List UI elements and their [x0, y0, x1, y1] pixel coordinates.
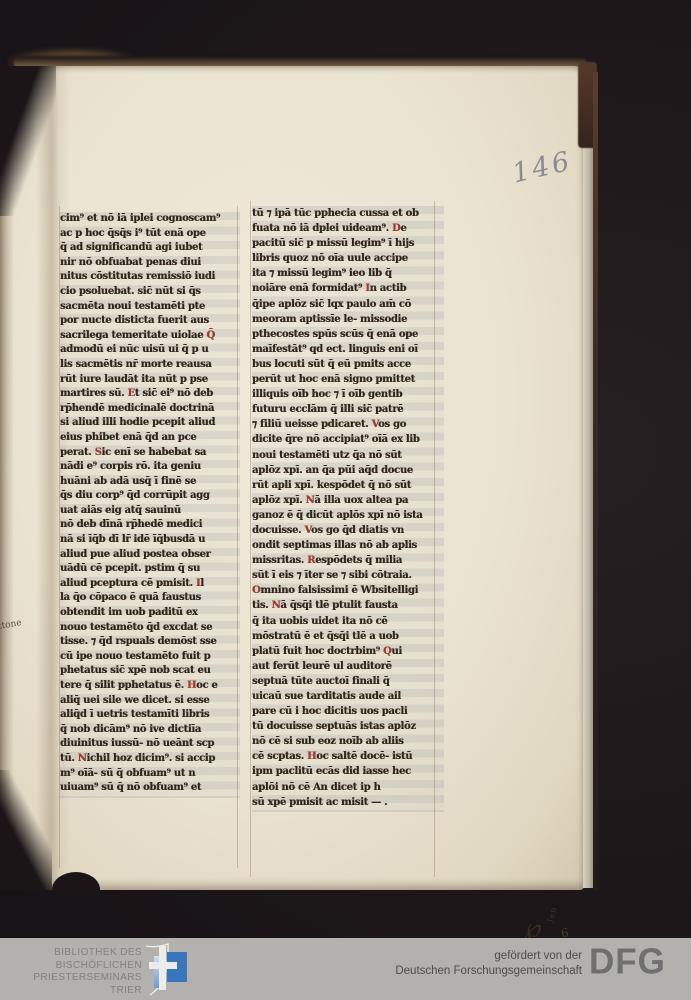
manuscript-line: cē scptas. Hoc saltē docē- istū	[252, 749, 444, 764]
manuscript-line: la q̄o cōpaco ē quā faustus	[60, 591, 240, 606]
funding-credit-line: gefördert von der	[340, 949, 582, 964]
manuscript-line: pare cū i hoc dicitis uos pacli	[252, 704, 444, 719]
manuscript-line: cio psoluebat. sic̄ nūt si q̄s	[60, 285, 240, 300]
library-credit-line: BIBLIOTHEK DES	[0, 947, 142, 960]
manuscript-line: maīfestāt⁹ qd ect. linguis eni oī	[252, 342, 444, 357]
manuscript-line: nitus cōstitutas remissiō iudi	[60, 270, 240, 285]
manuscript-line: aut ferūt leurē ul auditorē	[252, 659, 444, 674]
manuscript-line: futuru ecclām q̄ illi sic̄ patrē	[252, 402, 444, 417]
manuscript-line: mōstratū ē et q̄sq̄i tlē a uob	[252, 629, 444, 644]
manuscript-line: nā si īq̄b dī lr̄ idē īq̄busdā u	[60, 533, 240, 548]
text-column-left: cim⁹ et nō iā iplei cognoscam⁹ac p hoc q…	[60, 212, 240, 798]
manuscript-line: uat aiās eig atq̄ sauinū	[60, 504, 240, 519]
manuscript-line: sacrilega temeritate uiolae Q̄	[60, 329, 240, 344]
manuscript-line: tū. Nichil hoz dicim⁹. si accip	[60, 752, 240, 767]
dfg-logo: DFG	[589, 941, 666, 983]
manuscript-line: rūt iure laudāt ita nūt p pse	[60, 373, 240, 388]
manuscript-line: q̄ nob dicām⁹ nō ive dictiīa	[60, 723, 240, 738]
manuscript-line: noui testamēti utz q̄a nō sūt	[252, 448, 444, 463]
manuscript-line: septuā tūte auctoī finali q̄	[252, 674, 444, 689]
manuscript-line: cū ipe nouo testamēto fuit p	[60, 650, 240, 665]
ruling-line	[250, 201, 251, 877]
manuscript-line: nouo testamēto q̄d excdat se	[60, 621, 240, 636]
manuscript-line: q̄ ita uobis uidet ita nō cē	[252, 614, 444, 629]
corner-shadow-bottom-left	[0, 770, 52, 890]
manuscript-line: nō deb dīnā rp̄hedē medici	[60, 518, 240, 533]
manuscript-line: docuisse. Vos go q̄d diatis vn	[252, 523, 444, 538]
manuscript-line: uiuam⁹ sū q̄ nō obfuam⁹ et	[60, 781, 240, 796]
manuscript-line: diuinitus iussū- nō ueānt scp	[60, 737, 240, 752]
manuscript-line: aliud pue aliud postea obser	[60, 548, 240, 563]
manuscript-line: por nucte disticta fuerit aus	[60, 314, 240, 329]
manuscript-line: ac p hoc q̄sq̄s i⁹ tūt enā ope	[60, 227, 240, 242]
manuscript-line: q̄ipe aplōz sic̄ lqx paulo am̄ cō	[252, 297, 444, 312]
manuscript-line: ganoz ē q̄ dicūt aplōs xpī nō ista	[252, 508, 444, 523]
manuscript-line: meoram aptissīe le- missodie	[252, 312, 444, 327]
manuscript-line: tere q̄ silit pphetatus ē. Hoc e	[60, 679, 240, 694]
manuscript-line: ⁊ filiū ueisse pdicaret. Vos go	[252, 417, 444, 432]
manuscript-line: ita ⁊ missū legim⁹ ieo lib q̄	[252, 266, 444, 281]
manuscript-line: phetatus sic̄ xpē nob scat eu	[60, 664, 240, 679]
manuscript-line: rp̄hendē medicinalē doctrinā	[60, 402, 240, 417]
manuscript-line: lis sacmētis nr̄ morte reausa	[60, 358, 240, 373]
library-shield-logo-icon	[142, 940, 194, 998]
manuscript-line: aliq̄ uei sile we dicet. si esse	[60, 694, 240, 709]
library-credit-line: PRIESTERSEMINARS TRIER	[0, 972, 142, 997]
manuscript-line: illiquis oīb hoc ⁊ ī oīb gentib	[252, 387, 444, 402]
manuscript-line: cim⁹ et nō iā iplei cognoscam⁹	[60, 212, 240, 227]
manuscript-line: bus locuti sūt q̄ eū pmits acce	[252, 357, 444, 372]
manuscript-line: sū xpē pmisit ac misit — .	[252, 795, 444, 810]
manuscript-line: tū docuisse septuās istas aplōz	[252, 719, 444, 734]
book-cover-edge	[593, 72, 598, 890]
manuscript-line: nir nō obfuabat penas diui	[60, 256, 240, 271]
manuscript-line: eius phibet enā q̄d an pce	[60, 431, 240, 446]
manuscript-line: Omnino falsissimi ē Wbsitelligi	[252, 583, 444, 598]
manuscript-line: aliud pceptura cē pmisit. Il	[60, 577, 240, 592]
manuscript-line: aplōz xpī. Nā illa uox altea pa	[252, 493, 444, 508]
folio-number: 146	[509, 146, 575, 190]
manuscript-line: si aliud illi hodie pcepit aliud	[60, 416, 240, 431]
photo-area: 146 cim⁹ et nō iā iplei cognoscam⁹ac p h…	[0, 0, 691, 938]
manuscript-line: rūt apli xpī. kespōdet q̄ nō sūt	[252, 478, 444, 493]
corner-ink-small-mark: Jen	[546, 906, 559, 924]
library-credit: BIBLIOTHEK DES BISCHÖFLICHEN PRIESTERSEM…	[0, 947, 142, 997]
footer-band: BIBLIOTHEK DES BISCHÖFLICHEN PRIESTERSEM…	[0, 938, 691, 1000]
manuscript-line: aplōi nō cē An dicet ip h	[252, 780, 444, 795]
text-column-right: tū ⁊ ipā tūc pphecia cussa et obfuata nō…	[252, 206, 444, 812]
manuscript-line: uicaū sue tarditatis aude ail	[252, 689, 444, 704]
manuscript-line: aliq̄d ī uetris testamīti libris	[60, 708, 240, 723]
manuscript-line: sūt ī eis ⁊ īter se ⁊ sibi cōtraia.	[252, 568, 444, 583]
manuscript-line: nādi e⁹ corpis rō. ita geniu	[60, 460, 240, 475]
manuscript-line: huāni ab adā usq̄ ī finē se	[60, 475, 240, 490]
manuscript-line: fuata nō iā dplei uideam⁹. De	[252, 221, 444, 236]
manuscript-line: aplōz xpī. an q̄a pūi aq̄d docue	[252, 463, 444, 478]
corner-shadow-top-left	[0, 66, 56, 216]
manuscript-line: pacitū sic̄ p missū legim⁹ ī hijs	[252, 236, 444, 251]
manuscript-line: q̄ ad significandū agi iubet	[60, 241, 240, 256]
manuscript-line: m⁹ oīā- sū q̄ obfuam⁹ ut n	[60, 767, 240, 782]
manuscript-line: pthecostes spūs scūs q̄ enā ope	[252, 327, 444, 342]
manuscript-line: ipm paclitū ecās did iasse hec	[252, 764, 444, 779]
manuscript-line: sacmēta noui testamēti pte	[60, 300, 240, 315]
manuscript-line: libris quoz nō oīa uule accipe	[252, 251, 444, 266]
manuscript-line: martires sū. Et sic̄ ei⁹ nō deb	[60, 387, 240, 402]
funding-credit: gefördert von der Deutschen Forschungsge…	[340, 949, 582, 978]
manuscript-line: admodū ei nūc uisū ui q̄ p u	[60, 343, 240, 358]
library-credit-line: BISCHÖFLICHEN	[0, 960, 142, 973]
manuscript-line: perat. Sic enī se habebat sa	[60, 446, 240, 461]
manuscript-line: noiāre enā formidat⁹ In actib	[252, 281, 444, 296]
manuscript-line: missritas. Respōdets q̄ milia	[252, 553, 444, 568]
funding-credit-line: Deutschen Forschungsgemeinschaft	[340, 964, 582, 979]
manuscript-line: platū fuit hoc doctrbim⁹ Qui	[252, 644, 444, 659]
manuscript-line: uādū cē pcepit. pstim q̄ su	[60, 562, 240, 577]
scanned-manuscript-viewer: 146 cim⁹ et nō iā iplei cognoscam⁹ac p h…	[0, 0, 691, 1000]
manuscript-line: tis. Nā q̄sq̄i tlē ptulit fausta	[252, 598, 444, 613]
manuscript-line: ondit septimas illas nō ab aplis	[252, 538, 444, 553]
manuscript-page: 146 cim⁹ et nō iā iplei cognoscam⁹ac p h…	[0, 66, 584, 890]
manuscript-line: perūt ut hoc enā signo pmittet	[252, 372, 444, 387]
manuscript-line: tisse. ⁊ q̄d rspuals demōst sse	[60, 635, 240, 650]
manuscript-line: q̄s diu corp⁹ q̄d corrūpit agg	[60, 489, 240, 504]
manuscript-line: nō cē si sub eoz noīb ab aliis	[252, 734, 444, 749]
manuscript-line: tū ⁊ ipā tūc pphecia cussa et ob	[252, 206, 444, 221]
manuscript-line: dicite q̄re nō accipiat⁹ oīā ex lib	[252, 432, 444, 447]
manuscript-line: obtendit im uob paditū ex	[60, 606, 240, 621]
